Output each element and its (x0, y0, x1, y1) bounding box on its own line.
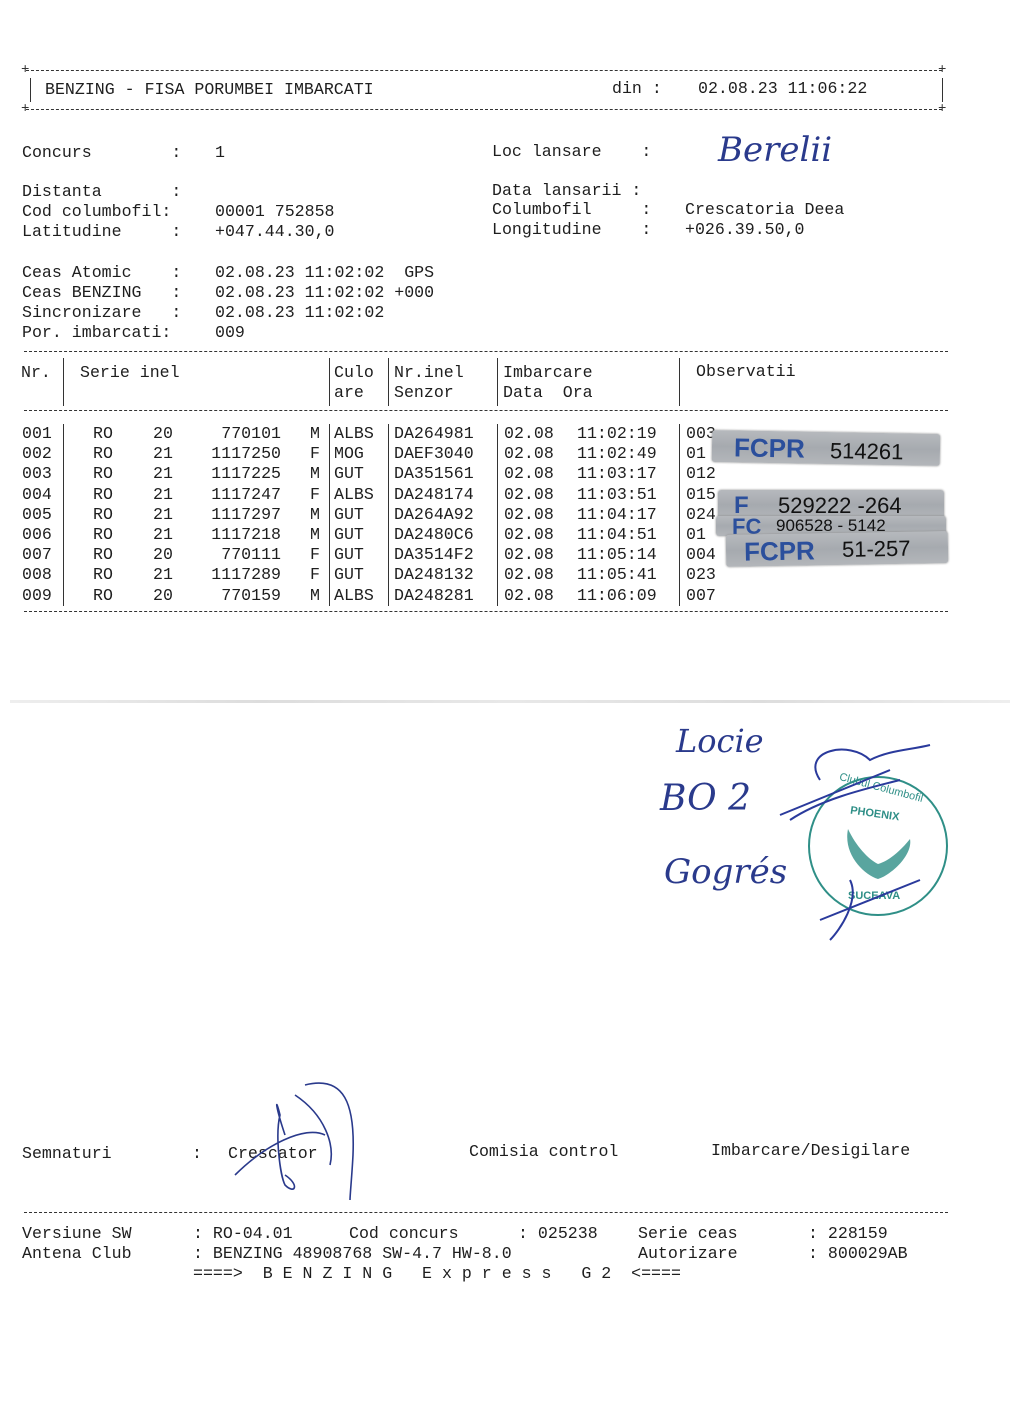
cell-sex: M (310, 586, 320, 606)
cell-obs: 007 (686, 586, 716, 606)
cell-obs: 015 (686, 485, 716, 505)
cell-an: 21 (153, 485, 173, 505)
cell-tara: RO (93, 444, 113, 464)
document-title: BENZING - FISA PORUMBEI IMBARCATI (45, 80, 374, 100)
cell-obs: 023 (686, 565, 716, 585)
cell-data: 02.08 (504, 424, 554, 444)
cell-an: 21 (153, 525, 173, 545)
din-label: din : (612, 79, 662, 99)
cod-concurs-label: Cod concurs (349, 1224, 459, 1244)
cell-senzor: DA248174 (394, 485, 474, 505)
benzing-express-banner: ====> B E N Z I N G E x p r e s s G 2 <=… (193, 1264, 681, 1284)
table-row: 003RO211117225MGUTDA35156102.0811:03:170… (0, 464, 1024, 484)
loc-lansare-label: Loc lansare : (492, 142, 651, 162)
table-bottom-border (24, 611, 948, 612)
cell-obs: 012 (686, 464, 716, 484)
footer-divider (24, 1212, 948, 1213)
header-right-border (942, 78, 943, 102)
paper-fold-line (10, 700, 1010, 703)
cell-data: 02.08 (504, 586, 554, 606)
cell-data: 02.08 (504, 444, 554, 464)
cell-culoare: GUT (334, 525, 364, 545)
table-top-border (24, 351, 948, 352)
concurs-label: Concurs : (22, 143, 181, 163)
cell-senzor: DA264981 (394, 424, 474, 444)
corner-plus: + (938, 102, 946, 116)
columbofil-label: Columbofil : (492, 200, 651, 220)
cell-an: 21 (153, 464, 173, 484)
table-row: 009RO20770159MALBSDA24828102.0811:06:090… (0, 586, 1024, 606)
cell-data: 02.08 (504, 565, 554, 585)
commission-signature (740, 730, 970, 950)
cell-nr: 001 (22, 424, 52, 444)
autorizare-label: Autorizare (638, 1244, 738, 1264)
cell-nr: 009 (22, 586, 52, 606)
cell-tara: RO (93, 464, 113, 484)
header-left-border (30, 78, 31, 102)
header-observatii: Observatii (696, 362, 796, 382)
cell-an: 20 (153, 424, 173, 444)
cell-inel: 770101 (221, 424, 281, 444)
antena-club-label: Antena Club (22, 1244, 132, 1264)
cell-tara: RO (93, 424, 113, 444)
header-culoare-1: Culo (334, 363, 374, 383)
cell-nr: 006 (22, 525, 52, 545)
breeder-signature (225, 1075, 375, 1205)
autorizare-value: : 800029AB (808, 1244, 908, 1264)
cell-an: 20 (153, 545, 173, 565)
cell-tara: RO (93, 545, 113, 565)
cell-data: 02.08 (504, 505, 554, 525)
concurs-value: 1 (215, 143, 225, 163)
cell-nr: 005 (22, 505, 52, 525)
cell-inel: 770111 (221, 545, 281, 565)
header-culoare-2: are (334, 383, 364, 403)
corner-plus: + (21, 102, 29, 116)
cell-culoare: GUT (334, 565, 364, 585)
sincronizare-value: 02.08.23 11:02:02 (215, 303, 384, 323)
seal-prefix: FCPR (734, 432, 805, 464)
semnaturi-label: Semnaturi (22, 1144, 112, 1164)
loc-lansare-handwritten: Berelii (718, 130, 832, 170)
cell-nr: 008 (22, 565, 52, 585)
cell-nr: 003 (22, 464, 52, 484)
latitudine-value: +047.44.30,0 (215, 222, 335, 242)
cell-data: 02.08 (504, 525, 554, 545)
cod-columbofil-label: Cod columbofil: (22, 202, 171, 222)
cell-sex: M (310, 505, 320, 525)
cell-an: 20 (153, 586, 173, 606)
cell-sex: F (310, 545, 320, 565)
cell-obs: 024 (686, 505, 716, 525)
table-header-border (24, 410, 948, 411)
serie-ceas-label: Serie ceas (638, 1224, 738, 1244)
cell-senzor: DA248132 (394, 565, 474, 585)
cell-inel: 1117218 (211, 525, 281, 545)
ceas-atomic-value: 02.08.23 11:02:02 GPS (215, 263, 434, 283)
cell-inel: 1117289 (211, 565, 281, 585)
seal-tape: FCPR 514261 (712, 430, 941, 466)
cell-senzor: DA3514F2 (394, 545, 474, 565)
cell-culoare: GUT (334, 505, 364, 525)
cell-tara: RO (93, 586, 113, 606)
cod-columbofil-value: 00001 752858 (215, 202, 335, 222)
cell-data: 02.08 (504, 545, 554, 565)
cell-culoare: MOG (334, 444, 364, 464)
por-imbarcati-value: 009 (215, 323, 245, 343)
data-lansarii-label: Data lansarii : (492, 181, 641, 201)
cell-nr: 004 (22, 485, 52, 505)
cell-tara: RO (93, 565, 113, 585)
header-bottom-border (26, 109, 942, 110)
cell-sex: F (310, 485, 320, 505)
cod-concurs-value: : 025238 (518, 1224, 598, 1244)
corner-plus: + (21, 63, 29, 77)
cell-tara: RO (93, 485, 113, 505)
cell-ora: 11:05:14 (577, 545, 657, 565)
cell-sex: M (310, 424, 320, 444)
serie-ceas-value: : 228159 (808, 1224, 888, 1244)
cell-data: 02.08 (504, 464, 554, 484)
cell-ora: 11:03:51 (577, 485, 657, 505)
longitudine-value: +026.39.50,0 (685, 220, 805, 240)
cell-senzor: DA351561 (394, 464, 474, 484)
cell-ora: 11:02:49 (577, 444, 657, 464)
versiune-sw-label: Versiune SW (22, 1224, 132, 1244)
sincronizare-label: Sincronizare : (22, 303, 181, 323)
cell-ora: 11:02:19 (577, 424, 657, 444)
header-imbarcare-2: Data Ora (503, 383, 593, 403)
ceas-benzing-label: Ceas BENZING : (22, 283, 181, 303)
cell-tara: RO (93, 505, 113, 525)
cell-culoare: ALBS (334, 424, 374, 444)
distanta-label: Distanta : (22, 182, 181, 202)
cell-culoare: ALBS (334, 485, 374, 505)
col-divider (388, 358, 389, 406)
antena-club-value: : BENZING 48908768 SW-4.7 HW-8.0 (193, 1244, 512, 1264)
cell-sex: F (310, 565, 320, 585)
versiune-sw-value: : RO-04.01 (193, 1224, 293, 1244)
cell-ora: 11:03:17 (577, 464, 657, 484)
print-timestamp: 02.08.23 11:06:22 (698, 79, 867, 99)
cell-an: 21 (153, 505, 173, 525)
semnaturi-colon: : (192, 1144, 202, 1164)
seal-tape: FCPR 51-257 (726, 531, 949, 567)
cell-sex: M (310, 464, 320, 484)
seal-number: 514261 (830, 438, 904, 465)
cell-inel: 770159 (221, 586, 281, 606)
cell-ora: 11:06:09 (577, 586, 657, 606)
header-nr: Nr. (21, 363, 51, 383)
cell-sex: F (310, 444, 320, 464)
ceas-benzing-value: 02.08.23 11:02:02 +000 (215, 283, 434, 303)
cell-obs: 004 (686, 545, 716, 565)
handwritten-note: BO 2 (660, 778, 751, 819)
corner-plus: + (938, 63, 946, 77)
cell-inel: 1117297 (211, 505, 281, 525)
col-divider (679, 358, 680, 406)
latitudine-label: Latitudine : (22, 222, 181, 242)
cell-senzor: DA264A92 (394, 505, 474, 525)
cell-ora: 11:04:17 (577, 505, 657, 525)
seal-prefix: FCPR (744, 535, 815, 567)
cell-inel: 1117247 (211, 485, 281, 505)
cell-obs: 01 (686, 444, 706, 464)
header-top-border (26, 70, 942, 71)
seal-prefix: FC (732, 516, 761, 536)
header-imbarcare-1: Imbarcare (503, 363, 593, 383)
cell-ora: 11:05:41 (577, 565, 657, 585)
cell-data: 02.08 (504, 485, 554, 505)
cell-an: 21 (153, 565, 173, 585)
comisia-control-label: Comisia control (469, 1142, 618, 1162)
cell-inel: 1117250 (211, 444, 281, 464)
cell-nr: 002 (22, 444, 52, 464)
cell-obs: 01 (686, 525, 706, 545)
cell-senzor: DA248281 (394, 586, 474, 606)
cell-ora: 11:04:51 (577, 525, 657, 545)
cell-culoare: GUT (334, 545, 364, 565)
col-divider (329, 358, 330, 406)
columbofil-value: Crescatoria Deea (685, 200, 844, 220)
table-row: 008RO211117289FGUTDA24813202.0811:05:410… (0, 565, 1024, 585)
longitudine-label: Longitudine : (492, 220, 651, 240)
header-nr-inel-1: Nr.inel (394, 363, 464, 383)
cell-senzor: DAEF3040 (394, 444, 474, 464)
header-serie-inel: Serie inel (80, 363, 180, 383)
ceas-atomic-label: Ceas Atomic : (22, 263, 181, 283)
cell-culoare: ALBS (334, 586, 374, 606)
cell-tara: RO (93, 525, 113, 545)
cell-nr: 007 (22, 545, 52, 565)
cell-culoare: GUT (334, 464, 364, 484)
col-divider (63, 358, 64, 406)
cell-an: 21 (153, 444, 173, 464)
cell-sex: M (310, 525, 320, 545)
col-divider (497, 358, 498, 406)
cell-senzor: DA2480C6 (394, 525, 474, 545)
imbarcare-desigilare-label: Imbarcare/Desigilare (711, 1141, 910, 1161)
header-nr-inel-2: Senzor (394, 383, 454, 403)
seal-number: 51-257 (842, 536, 911, 563)
cell-inel: 1117225 (211, 464, 281, 484)
por-imbarcati-label: Por. imbarcati: (22, 323, 171, 343)
